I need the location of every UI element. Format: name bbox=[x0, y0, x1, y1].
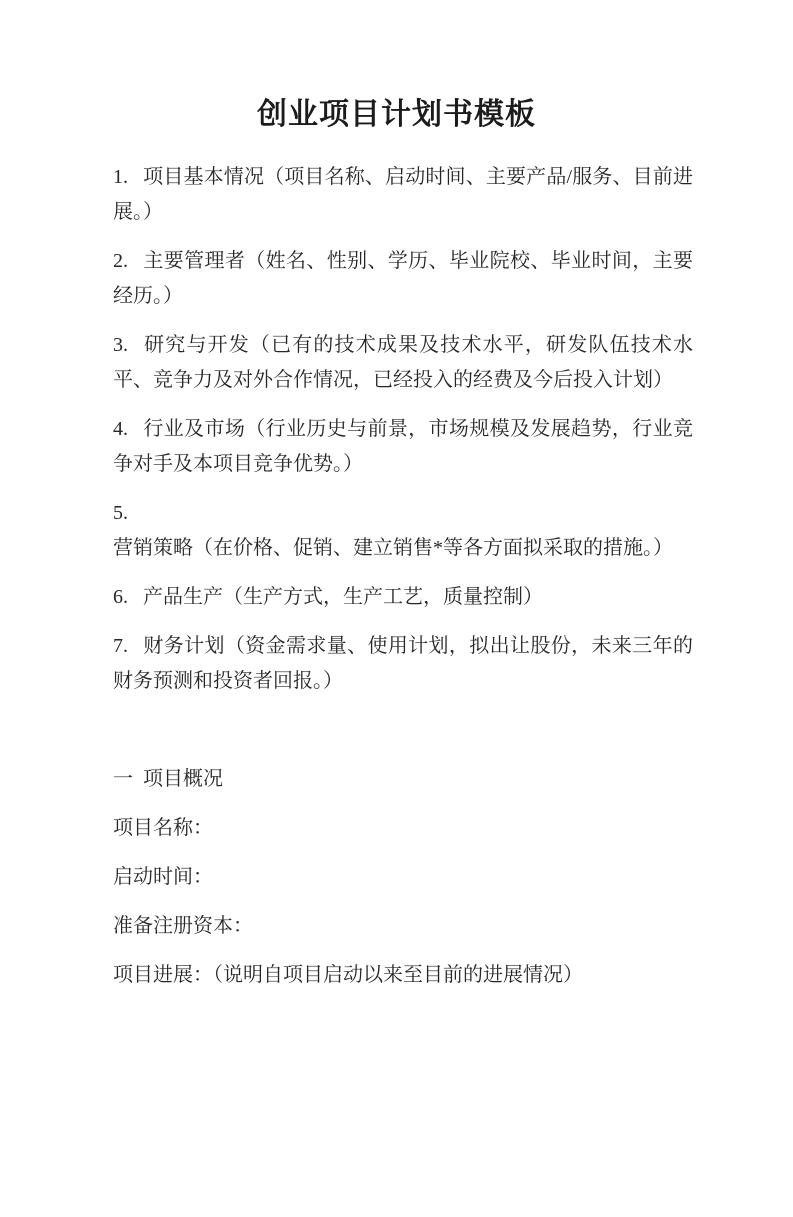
outline-item-text: 行业及市场（行业历史与前景，市场规模及发展趋势，行业竞争对手及本项目竞争优势。） bbox=[113, 418, 693, 475]
outline-item-number: 4. bbox=[113, 412, 143, 447]
outline-item-number: 1. bbox=[113, 160, 143, 195]
field-project-name: 项目名称： bbox=[113, 811, 693, 846]
field-label: 启动时间： bbox=[113, 866, 213, 888]
field-start-time: 启动时间： bbox=[113, 860, 693, 895]
outline-item-text: 营销策略（在价格、促销、建立销售*等各方面拟采取的措施。） bbox=[113, 537, 673, 559]
field-registered-capital: 准备注册资本： bbox=[113, 909, 693, 944]
blank-line bbox=[113, 713, 693, 762]
outline-item: 3.研究与开发（已有的技术成果及技术水平，研发队伍技术水平、竞争力及对外合作情况… bbox=[113, 328, 693, 398]
field-project-progress: 项目进展：（说明自项目启动以来至目前的进展情况） bbox=[113, 958, 693, 993]
field-hint: （说明自项目启动以来至目前的进展情况） bbox=[213, 964, 583, 986]
outline-item: 2.主要管理者（姓名、性别、学历、毕业院校、毕业时间，主要经历。） bbox=[113, 244, 693, 314]
outline-item: 7.财务计划（资金需求量、使用计划，拟出让股份，未来三年的财务预测和投资者回报。… bbox=[113, 629, 693, 699]
section-heading-text: 项目概况 bbox=[143, 768, 223, 790]
outline-item-text: 产品生产（生产方式，生产工艺，质量控制） bbox=[143, 586, 543, 608]
field-label: 项目进展： bbox=[113, 964, 213, 986]
document-page: 创业项目计划书模板 1.项目基本情况（项目名称、启动时间、主要产品/服务、目前进… bbox=[0, 95, 793, 1217]
section-heading: 一项目概况 bbox=[113, 762, 693, 797]
outline-item-text: 研究与开发（已有的技术成果及技术水平，研发队伍技术水平、竞争力及对外合作情况，已… bbox=[113, 334, 693, 391]
outline-item: 4.行业及市场（行业历史与前景，市场规模及发展趋势，行业竞争对手及本项目竞争优势… bbox=[113, 412, 693, 482]
outline-item-number: 5. bbox=[113, 496, 143, 531]
field-label: 项目名称： bbox=[113, 817, 213, 839]
outline-item-number: 6. bbox=[113, 580, 143, 615]
outline-item: 6.产品生产（生产方式，生产工艺，质量控制） bbox=[113, 580, 693, 615]
section-number: 一 bbox=[113, 762, 143, 797]
outline-item: 1.项目基本情况（项目名称、启动时间、主要产品/服务、目前进展。） bbox=[113, 160, 693, 230]
outline-item: 5.营销策略（在价格、促销、建立销售*等各方面拟采取的措施。） bbox=[113, 496, 693, 566]
outline-item-text: 项目基本情况（项目名称、启动时间、主要产品/服务、目前进展。） bbox=[113, 166, 693, 223]
outline-item-number: 7. bbox=[113, 629, 143, 664]
outline-item-number: 2. bbox=[113, 244, 143, 279]
document-body: 1.项目基本情况（项目名称、启动时间、主要产品/服务、目前进展。） 2.主要管理… bbox=[113, 160, 693, 993]
field-label: 准备注册资本： bbox=[113, 915, 253, 937]
outline-item-text: 财务计划（资金需求量、使用计划，拟出让股份，未来三年的财务预测和投资者回报。） bbox=[113, 635, 693, 692]
page-title: 创业项目计划书模板 bbox=[0, 95, 793, 135]
outline-item-number: 3. bbox=[113, 328, 143, 363]
outline-item-text: 主要管理者（姓名、性别、学历、毕业院校、毕业时间，主要经历。） bbox=[113, 250, 693, 307]
